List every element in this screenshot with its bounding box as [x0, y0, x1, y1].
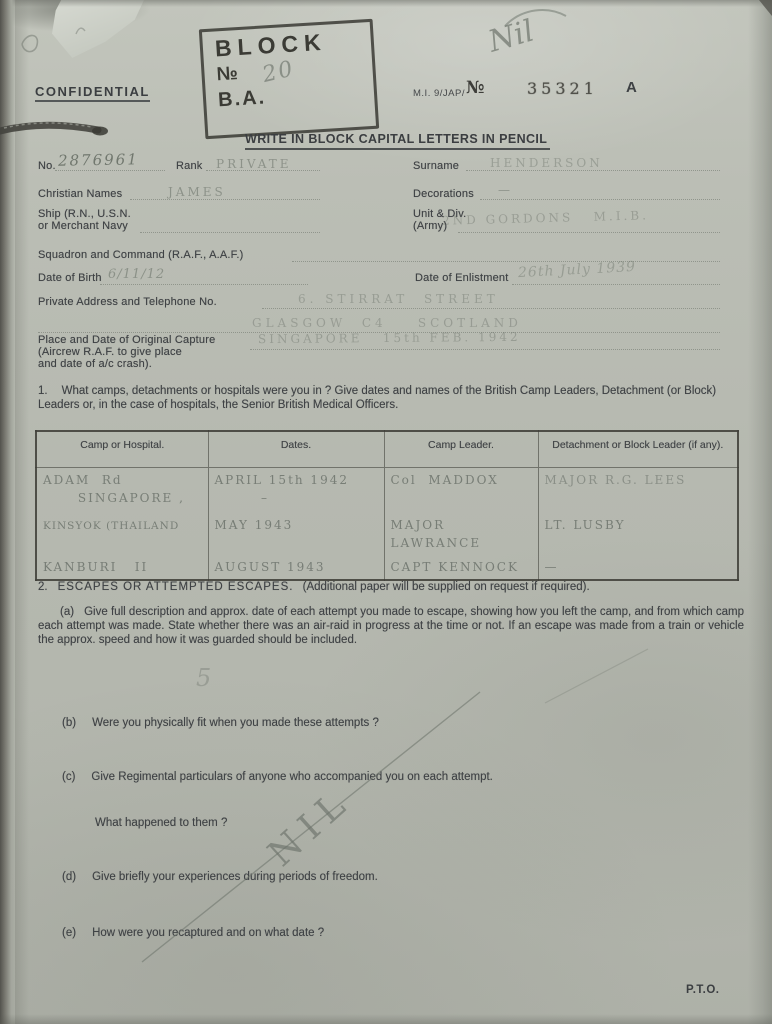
- dotted-line: [480, 199, 720, 200]
- field-ship-label-line2: or Merchant Navy: [38, 220, 128, 232]
- page-edge-left: [0, 0, 16, 1024]
- ref-prefix: M.I. 9/JAP/: [413, 88, 465, 99]
- question-2c-label: (c): [62, 771, 75, 783]
- field-unit-value: 2ND GORDONS M.I.B.: [442, 208, 649, 227]
- dotted-line: [292, 261, 720, 262]
- cell-dates: APRIL 15th 1942 –: [215, 473, 349, 505]
- col-header-leader: Camp Leader.: [384, 431, 538, 467]
- field-address-label: Private Address and Telephone No.: [38, 296, 217, 308]
- field-capture-label-line2: (Aircrew R.A.F. to give place: [38, 346, 182, 358]
- block-number-stamp: BLOCK № B.A. 20: [199, 19, 379, 139]
- binding-thread-end: [92, 127, 108, 136]
- field-address-value-line2: GLASGOW C4 SCOTLAND: [252, 316, 522, 330]
- dotted-line: [130, 199, 320, 200]
- nil-scribble-top: Nil: [484, 14, 538, 60]
- col-header-block-leader: Detachment or Block Leader (if any).: [538, 431, 738, 467]
- cell-block-leader: MAJOR R.G. LEES: [545, 473, 687, 487]
- cell-leader: CAPT KENNOCK: [391, 560, 519, 574]
- field-capture-value: SINGAPORE 15th FEB. 1942: [258, 330, 521, 346]
- question-2b-text: Were you physically fit when you made th…: [92, 717, 379, 729]
- cell-leader: Col MADDOX: [391, 473, 499, 487]
- question-2c-text: Give Regimental particulars of anyone wh…: [91, 771, 492, 783]
- cell-camp: KANBURI II: [43, 560, 148, 574]
- dotted-line: [512, 284, 720, 285]
- col-header-dates: Dates.: [208, 431, 384, 467]
- question-2a-label: (a): [60, 606, 74, 618]
- page-edge-bottom: [0, 1014, 772, 1024]
- section-2-number: 2.: [38, 581, 48, 593]
- question-2d-text: Give briefly your experiences during per…: [92, 871, 378, 883]
- field-enlistment-value: 26th July 1939: [518, 259, 637, 281]
- dotted-line: [250, 349, 720, 350]
- scribble-five: 5: [196, 664, 211, 692]
- cell-leader: MAJOR LAWRANCE: [391, 518, 482, 550]
- ref-letter: A: [626, 79, 638, 96]
- confidential-label: CONFIDENTIAL: [35, 84, 150, 102]
- dotted-line: [100, 284, 308, 285]
- field-no-value: 2876961: [58, 150, 139, 169]
- question-2d-label: (d): [62, 871, 76, 883]
- section-2-heading: 2.ESCAPES OR ATTEMPTED ESCAPES. (Additio…: [38, 580, 742, 594]
- page-edge-left-crease: [15, 0, 29, 1024]
- question-2e-text: How were you recaptured and on what date…: [92, 927, 324, 939]
- table-row: KINSYOK (THAILAND MAY 1943 MAJOR LAWRANC…: [36, 513, 738, 555]
- page-edge-top: [0, 0, 772, 7]
- dotted-line: [206, 170, 320, 171]
- question-1: 1.What camps, detachments or hospitals w…: [38, 384, 740, 412]
- field-decorations-value: —: [498, 183, 513, 197]
- pto-label: P.T.O.: [686, 984, 719, 996]
- scanned-form-page: CONFIDENTIAL BLOCK № B.A. 20 M.I. 9/JAP/…: [0, 0, 772, 1024]
- field-decorations-label: Decorations: [413, 188, 474, 200]
- dotted-line: [466, 170, 720, 171]
- dotted-line: [262, 308, 720, 309]
- cell-block-leader: —: [545, 560, 559, 574]
- camps-table-header-row: Camp or Hospital. Dates. Camp Leader. De…: [36, 431, 738, 467]
- question-1-number: 1.: [38, 385, 48, 397]
- question-2c-followup: What happened to them ?: [95, 816, 227, 830]
- dotted-line: [55, 170, 165, 171]
- question-2e: (e)How were you recaptured and on what d…: [62, 926, 324, 940]
- question-2c-followup-text: What happened to them ?: [95, 817, 227, 829]
- field-christian-names-value: JAMES: [168, 185, 226, 199]
- field-rank-value: PRIVATE: [216, 157, 291, 171]
- question-2b: (b)Were you physically fit when you made…: [62, 716, 379, 730]
- diagonal-pencil-stroke-faint: [545, 649, 648, 703]
- field-capture-label-line3: and date of a/c crash).: [38, 358, 152, 370]
- cell-camp: ADAM Rd SINGAPORE ,: [43, 473, 185, 505]
- cell-camp: KINSYOK (THAILAND: [43, 520, 179, 532]
- table-row: KANBURI II AUGUST 1943 CAPT KENNOCK —: [36, 555, 738, 580]
- camps-table: Camp or Hospital. Dates. Camp Leader. De…: [35, 430, 739, 581]
- field-dob-label: Date of Birth: [38, 272, 102, 284]
- page-edge-right: [748, 0, 772, 1024]
- nil-scribble-swash: [505, 10, 566, 26]
- field-rank-label: Rank: [176, 160, 202, 172]
- ref-number: 35321: [527, 79, 598, 98]
- dotted-line: [458, 232, 720, 233]
- field-ship-label-line1: Ship (R.N., U.S.N.: [38, 208, 131, 220]
- field-capture-label-line1: Place and Date of Original Capture: [38, 334, 215, 346]
- field-squadron-label: Squadron and Command (R.A.F., A.A.F.): [38, 249, 244, 261]
- cell-block-leader: LT. LUSBY: [545, 518, 626, 532]
- question-2b-label: (b): [62, 717, 76, 729]
- field-dob-value: 6/11/12: [108, 267, 165, 282]
- field-no-label: No.: [38, 160, 56, 172]
- question-2a: (a)Give full description and approx. dat…: [38, 605, 744, 647]
- question-1-text: What camps, detachments or hospitals wer…: [38, 385, 716, 411]
- field-address-value-line1: 6. STIRRAT STREET: [298, 292, 499, 306]
- instruction-line: WRITE IN BLOCK CAPITAL LETTERS IN PENCIL: [245, 132, 550, 150]
- stamp-ba-text: B.A.: [218, 80, 365, 112]
- field-christian-names-label: Christian Names: [38, 188, 122, 200]
- col-header-camp: Camp or Hospital.: [36, 431, 208, 467]
- field-surname-label: Surname: [413, 160, 459, 172]
- field-surname-value: HENDERSON: [490, 156, 603, 170]
- question-2c: (c)Give Regimental particulars of anyone…: [62, 770, 493, 784]
- nil-annotation-big: NIL: [261, 780, 360, 875]
- cell-dates: MAY 1943: [215, 518, 294, 532]
- question-2a-text: Give full description and approx. date o…: [38, 606, 744, 646]
- section-2-note: (Additional paper will be supplied on re…: [303, 581, 590, 593]
- dotted-line: [140, 232, 320, 233]
- question-2d: (d)Give briefly your experiences during …: [62, 870, 378, 884]
- ref-no-label: №: [466, 78, 484, 98]
- field-enlistment-label: Date of Enlistment: [415, 272, 508, 284]
- question-2e-label: (e): [62, 927, 76, 939]
- cell-dates: AUGUST 1943: [215, 560, 326, 574]
- section-2-title: ESCAPES OR ATTEMPTED ESCAPES.: [58, 581, 294, 593]
- table-row: ADAM Rd SINGAPORE , APRIL 15th 1942 – Co…: [36, 467, 738, 513]
